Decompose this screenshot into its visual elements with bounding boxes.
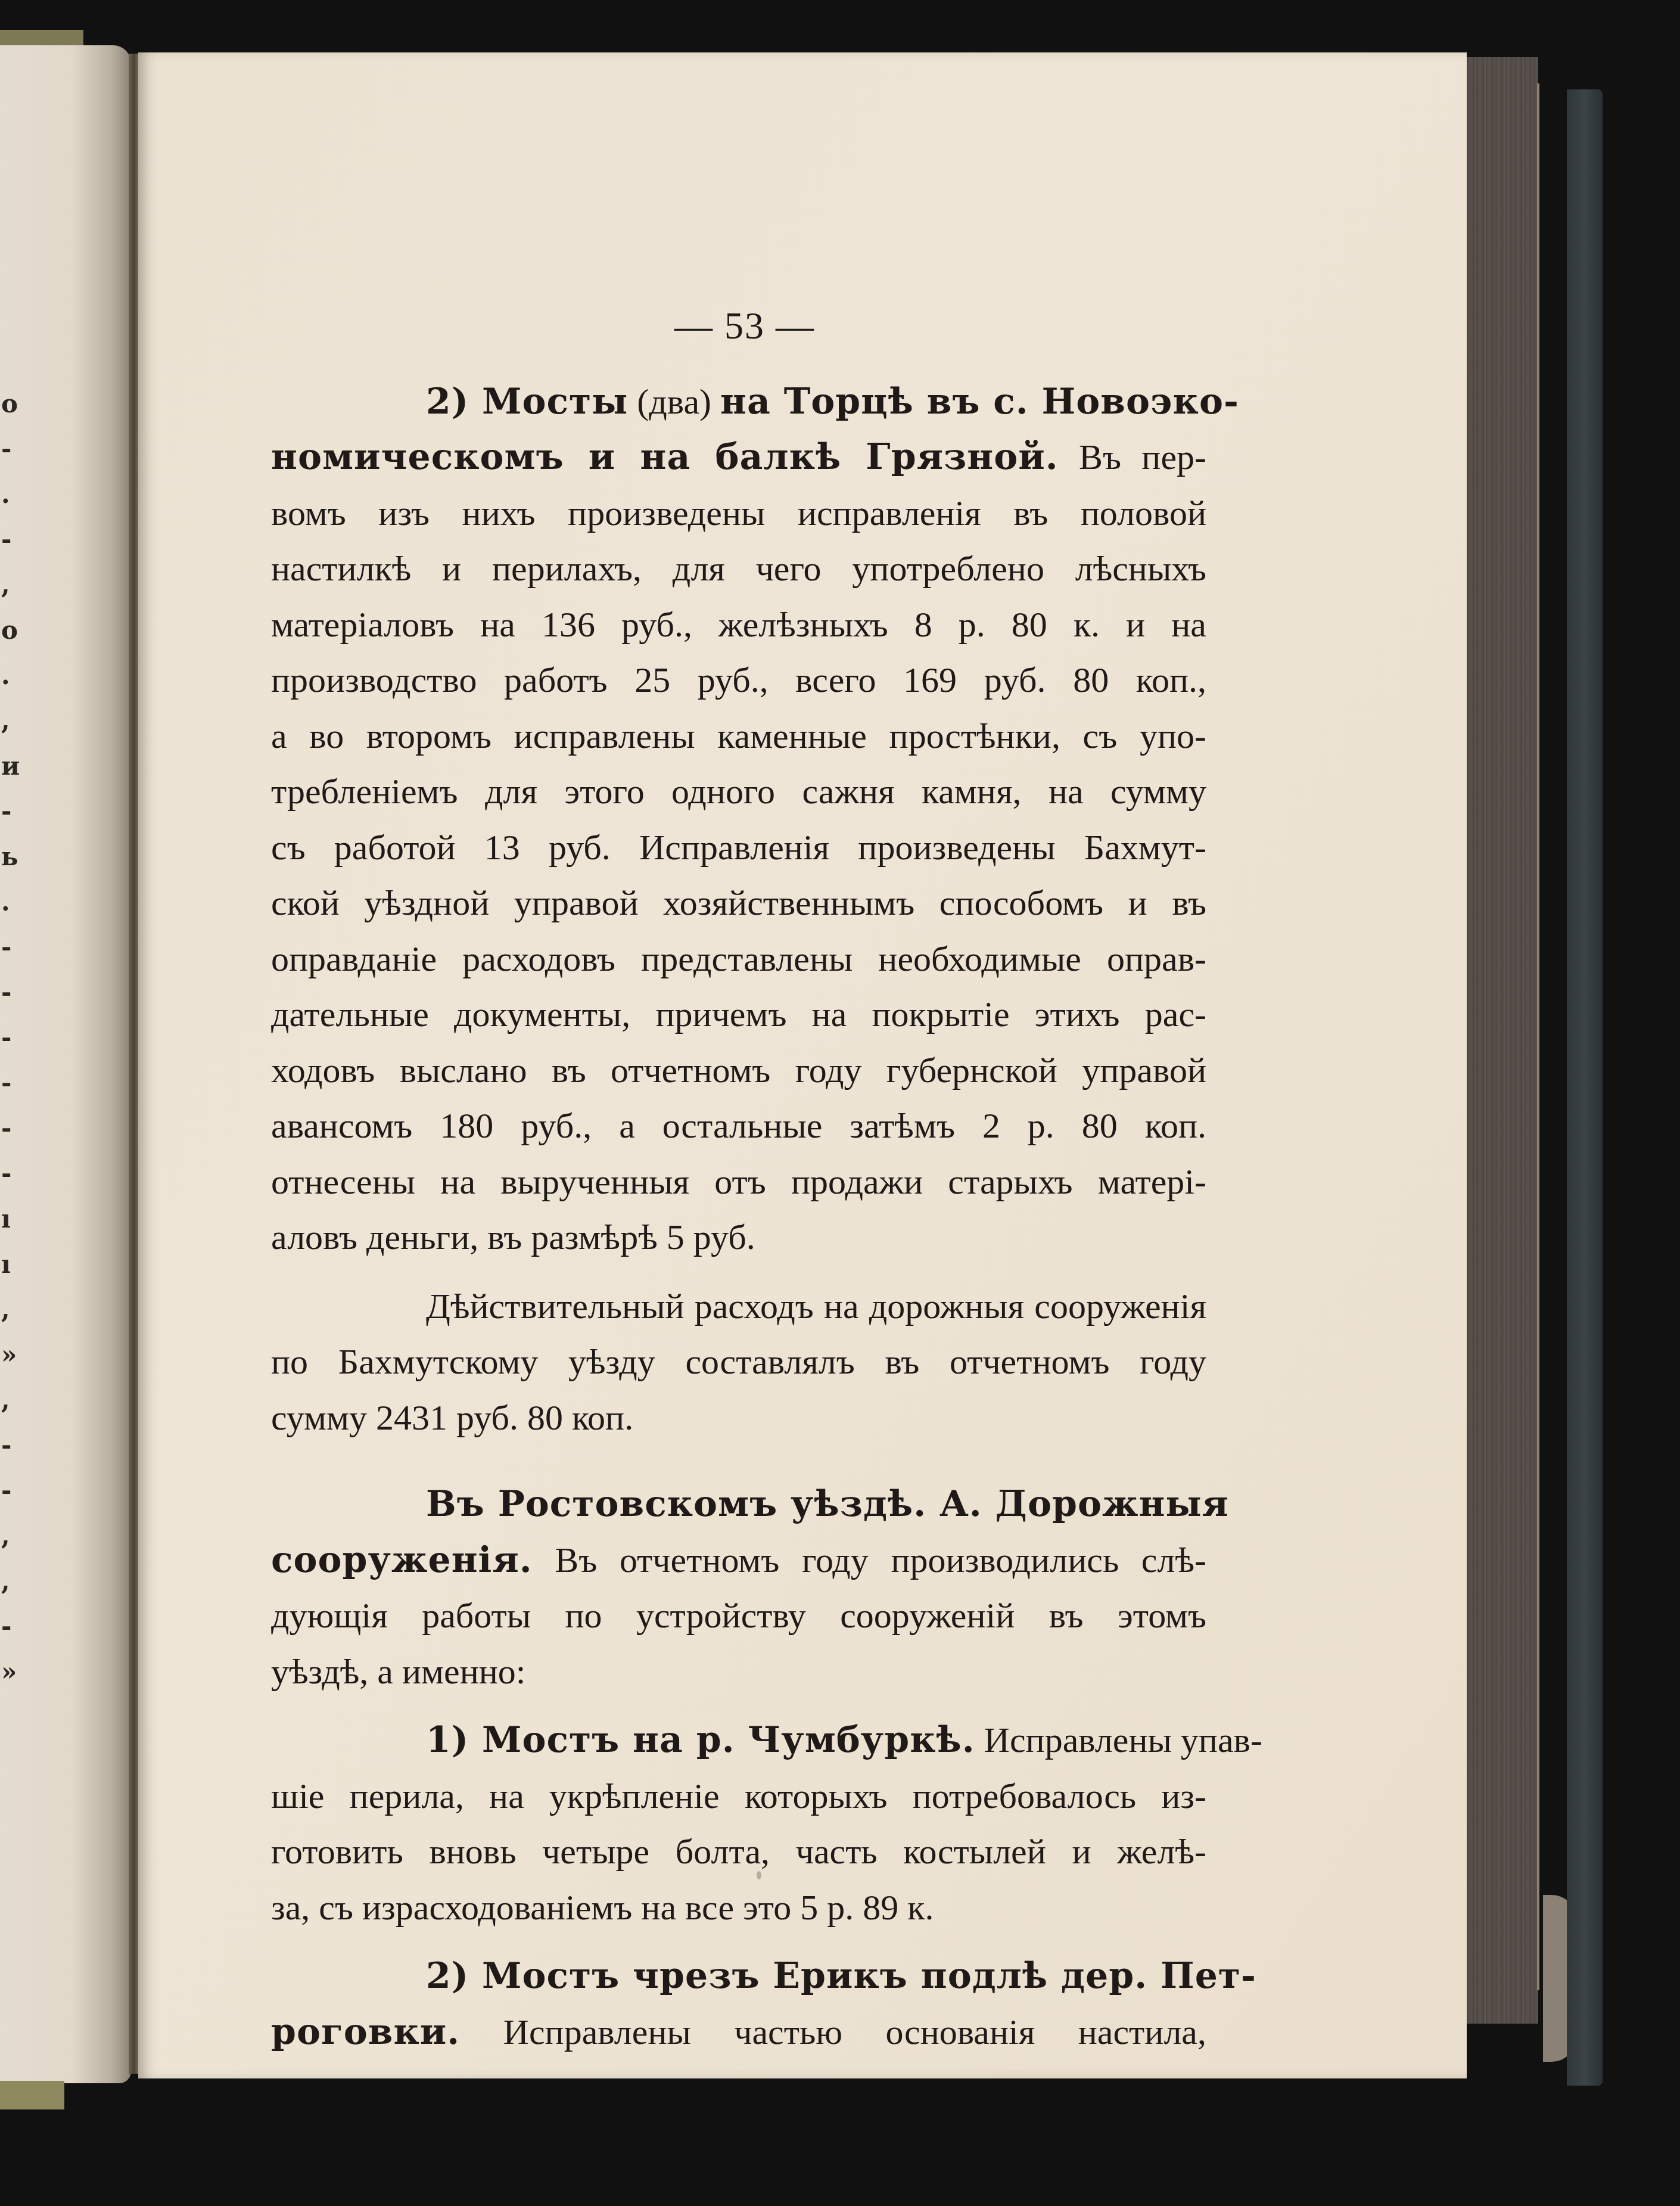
bold-heading-text: 2) Мосты: [426, 381, 628, 422]
body-text: ской уѣздной управой хозяйственнымъ спос…: [271, 883, 1206, 922]
edge-glyph: о: [1, 608, 19, 653]
body-text: по Бахмутскому уѣзду составлялъ въ отчет…: [271, 1342, 1206, 1381]
bold-heading-text: роговки.: [271, 2011, 460, 2053]
text-line: требленіемъ для этого одного сажня камня…: [271, 764, 1206, 820]
text-line: роговки. Исправлены частью основанія нас…: [271, 2005, 1206, 2061]
text-line: дующія работы по устройству сооруженій в…: [271, 1588, 1206, 1644]
bold-heading-text: сооруженія.: [271, 1539, 533, 1581]
page-edge-highlight: [1537, 83, 1539, 1990]
edge-glyph: -: [1, 427, 19, 472]
text-line: дательные документы, причемъ на покрытіе…: [271, 987, 1206, 1043]
page-text: — 53 — 2) Мосты (два) на Торцѣ въ с. Нов…: [271, 298, 1206, 2060]
body-text: авансомъ 180 руб., а остальные затѣмъ 2 …: [271, 1106, 1206, 1145]
edge-glyph: -: [1, 1061, 19, 1106]
text-line: по Бахмутскому уѣзду составлялъ въ отчет…: [271, 1334, 1206, 1390]
text-line: сооруженія. Въ отчетномъ году производил…: [271, 1533, 1206, 1589]
body-text: вомъ изъ нихъ произведены исправленія въ…: [271, 493, 1206, 533]
edge-glyph: ı: [1, 1242, 19, 1287]
paragraph-item-2-erik: 2) Мостъ чрезъ Ерикъ подлѣ дер. Пет-рого…: [271, 1949, 1206, 2060]
text-line: вомъ изъ нихъ произведены исправленія въ…: [271, 486, 1206, 542]
body-text: производство работъ 25 руб., всего 169 р…: [271, 660, 1206, 700]
edge-glyph: ,: [1, 1287, 19, 1332]
body-text: ходовъ выслано въ отчетномъ году губернс…: [271, 1051, 1206, 1090]
left-page-ribbon-tab-bottom: [0, 2081, 64, 2109]
text-line: оправданіе расходовъ представлены необхо…: [271, 931, 1206, 987]
paragraph-gap: [271, 1935, 1206, 1949]
paragraph-gap: [271, 1699, 1206, 1713]
edge-glyph: .: [1, 472, 19, 517]
bold-heading-text: 2) Мостъ чрезъ Ерикъ подлѣ дер. Пет-: [426, 1955, 1256, 1997]
edge-glyph: -: [1, 1015, 19, 1061]
body-text: Въ пер-: [1059, 437, 1206, 477]
text-line: производство работъ 25 руб., всего 169 р…: [271, 653, 1206, 709]
body-text: а во второмъ исправлены каменные простѣн…: [271, 716, 1206, 756]
paragraph-item-1-chumburk: 1) Мостъ на р. Чумбуркѣ. Исправлены упав…: [271, 1713, 1206, 1935]
previous-page: [0, 45, 131, 2083]
edge-glyph: -: [1, 970, 19, 1015]
text-line: Въ Ростовскомъ уѣздѣ. А. Дорожныя: [271, 1477, 1206, 1533]
paragraph-gap: [271, 1446, 1206, 1477]
text-line: уѣздѣ, а именно:: [271, 1644, 1206, 1700]
text-line: авансомъ 180 руб., а остальные затѣмъ 2 …: [271, 1098, 1206, 1154]
body-text: Исправлены упав-: [975, 1720, 1262, 1760]
body-text: за, съ израсходованіемъ на все это 5 р. …: [271, 1888, 934, 1927]
edge-glyph: -: [1, 925, 19, 970]
text-line: номическомъ и на балкѣ Грязной. Въ пер-: [271, 430, 1206, 486]
body-text: Дѣйствительный расходъ на дорожныя соору…: [426, 1287, 1206, 1326]
page-block-edges: [1467, 57, 1538, 2024]
text-line: 2) Мостъ чрезъ Ерикъ подлѣ дер. Пет-: [271, 1949, 1206, 2005]
edge-glyph: ь: [1, 834, 19, 880]
text-line: сумму 2431 руб. 80 коп.: [271, 1390, 1206, 1446]
paragraphs: 2) Мосты (два) на Торцѣ въ с. Новоэко-но…: [271, 374, 1206, 2061]
text-line: шіе перила, на укрѣпленіе которыхъ потре…: [271, 1769, 1206, 1825]
body-text: дующія работы по устройству сооруженій в…: [271, 1596, 1206, 1635]
bold-heading-text: номическомъ и на балкѣ Грязной.: [271, 436, 1059, 478]
text-line: аловъ деньги, въ размѣрѣ 5 руб.: [271, 1210, 1206, 1266]
body-text: шіе перила, на укрѣпленіе которыхъ потре…: [271, 1776, 1206, 1816]
text-line: ской уѣздной управой хозяйственнымъ спос…: [271, 875, 1206, 931]
page-number: — 53 —: [283, 298, 1206, 354]
body-text: отнесены на вырученныя отъ продажи стары…: [271, 1162, 1206, 1201]
edge-glyph: -: [1, 1106, 19, 1151]
edge-glyph: ,: [1, 698, 19, 744]
edge-glyph: ,: [1, 1559, 19, 1604]
text-line: готовить вновь четыре болта, часть косты…: [271, 1824, 1206, 1880]
body-text: уѣздѣ, а именно:: [271, 1652, 526, 1691]
previous-page-edge-text: о-.-,о.,и-ь.------ıı,»,--,,-»: [1, 381, 19, 1695]
paper-speck: [757, 1871, 761, 1879]
edge-glyph: ,: [1, 1514, 19, 1559]
body-text: сумму 2431 руб. 80 коп.: [271, 1398, 633, 1437]
edge-glyph: »: [1, 1332, 19, 1378]
body-text: требленіемъ для этого одного сажня камня…: [271, 772, 1206, 811]
body-text: Исправлены частью основанія настила,: [460, 2012, 1206, 2052]
text-line: ходовъ выслано въ отчетномъ году губернс…: [271, 1043, 1206, 1099]
bold-heading-text: 1) Мостъ на р. Чумбуркѣ.: [426, 1719, 975, 1761]
book-cover-board: [1567, 89, 1603, 2086]
edge-glyph: и: [1, 744, 19, 789]
edge-glyph: -: [1, 1604, 19, 1649]
edge-glyph: ı: [1, 1197, 19, 1242]
edge-glyph: о: [1, 381, 19, 427]
edge-glyph: »: [1, 1649, 19, 1695]
text-line: 2) Мосты (два) на Торцѣ въ с. Новоэко-: [271, 374, 1206, 430]
edge-glyph: ,: [1, 563, 19, 608]
edge-glyph: -: [1, 517, 19, 563]
bold-heading-text: на Торцѣ въ с. Новоэко-: [720, 381, 1239, 422]
paragraph-gap: [271, 1266, 1206, 1279]
body-text: матеріаловъ на 136 руб., желѣзныхъ 8 р. …: [271, 605, 1206, 644]
body-text: Въ отчетномъ году производились слѣ-: [533, 1540, 1206, 1580]
edge-glyph: .: [1, 880, 19, 925]
paragraph-bakhmut-total: Дѣйствительный расходъ на дорожныя соору…: [271, 1279, 1206, 1446]
body-text: готовить вновь четыре болта, часть косты…: [271, 1832, 1206, 1871]
body-text: аловъ деньги, въ размѣрѣ 5 руб.: [271, 1217, 755, 1257]
edge-glyph: -: [1, 789, 19, 834]
paragraph-item-2-bakhmut: 2) Мосты (два) на Торцѣ въ с. Новоэко-но…: [271, 374, 1206, 1266]
body-text: съ работой 13 руб. Исправленія произведе…: [271, 828, 1206, 867]
paragraph-rostov-heading: Въ Ростовскомъ уѣздѣ. А. Дорожныясооруже…: [271, 1477, 1206, 1699]
body-text: (два): [628, 382, 720, 421]
edge-glyph: ,: [1, 1378, 19, 1423]
edge-glyph: -: [1, 1468, 19, 1514]
text-line: матеріаловъ на 136 руб., желѣзныхъ 8 р. …: [271, 597, 1206, 653]
text-line: съ работой 13 руб. Исправленія произведе…: [271, 820, 1206, 876]
text-line: отнесены на вырученныя отъ продажи стары…: [271, 1154, 1206, 1210]
text-line: 1) Мостъ на р. Чумбуркѣ. Исправлены упав…: [271, 1713, 1206, 1769]
left-page-ribbon-tab-top: [0, 30, 83, 46]
edge-glyph: .: [1, 653, 19, 698]
text-line: настилкѣ и перилахъ, для чего употреблен…: [271, 541, 1206, 597]
body-text: дательные документы, причемъ на покрытіе…: [271, 995, 1206, 1034]
edge-glyph: -: [1, 1423, 19, 1468]
body-text: оправданіе расходовъ представлены необхо…: [271, 939, 1206, 978]
edge-glyph: -: [1, 1151, 19, 1197]
bold-heading-text: Въ Ростовскомъ уѣздѣ. А. Дорожныя: [426, 1483, 1229, 1525]
text-line: а во второмъ исправлены каменные простѣн…: [271, 709, 1206, 765]
text-line: за, съ израсходованіемъ на все это 5 р. …: [271, 1880, 1206, 1936]
body-text: настилкѣ и перилахъ, для чего употреблен…: [271, 549, 1206, 588]
text-line: Дѣйствительный расходъ на дорожныя соору…: [271, 1279, 1206, 1335]
